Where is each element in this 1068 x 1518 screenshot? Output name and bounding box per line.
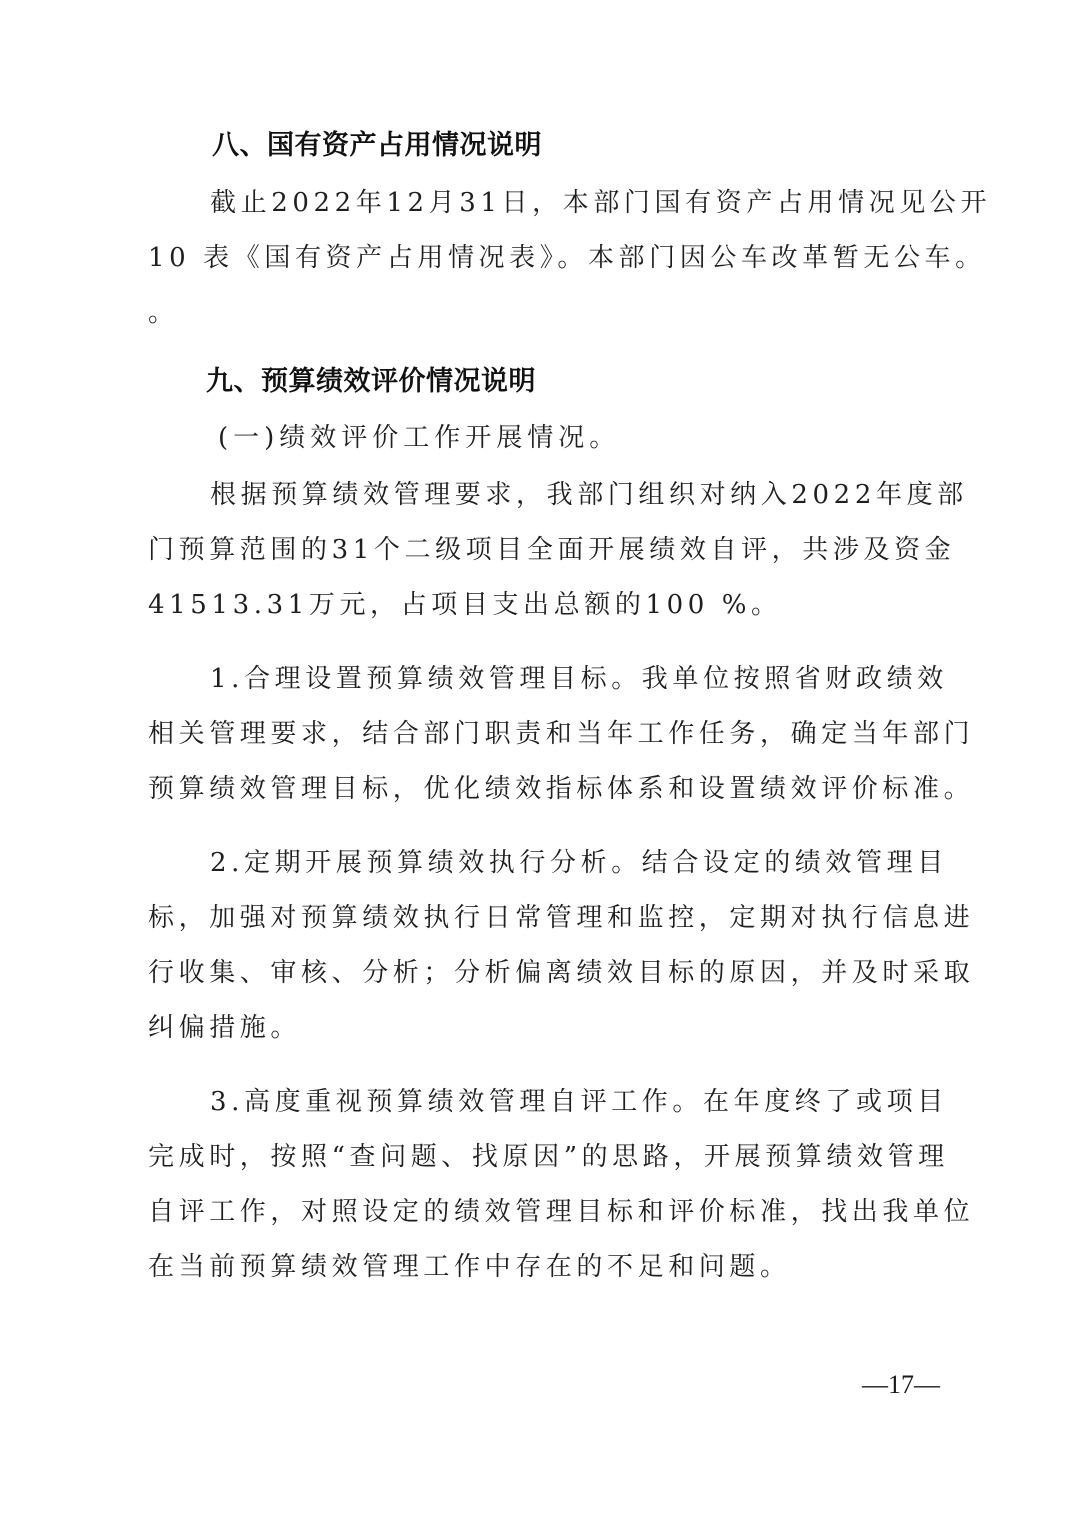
section-heading-8: 八、国有资产占用情况说明 <box>212 130 542 162</box>
paragraph-line: 纠偏措施。 <box>148 1013 938 1043</box>
paragraph-line: 2.定期开展预算绩效执行分析。结合设定的绩效管理目 <box>210 848 938 878</box>
paragraph-line: 截止2022年12月31日，本部门国有资产占用情况见公开 <box>210 188 938 218</box>
section-heading-9: 九、预算绩效评价情况说明 <box>206 366 536 398</box>
document-page: 八、国有资产占用情况说明 截止2022年12月31日，本部门国有资产占用情况见公… <box>0 0 1068 1518</box>
paragraph-line: 预算绩效管理目标，优化绩效指标体系和设置绩效评价标准。 <box>148 774 938 804</box>
paragraph-line: 41513.31万元，占项目支出总额的100 %。 <box>148 590 938 620</box>
paragraph-line: 标，加强对预算绩效执行日常管理和监控，定期对执行信息进 <box>148 903 938 933</box>
paragraph-line: 相关管理要求，结合部门职责和当年工作任务，确定当年部门 <box>148 719 938 749</box>
page-number: —17— <box>862 1370 940 1400</box>
paragraph-line: 完成时，按照“查问题、找原因”的思路，开展预算绩效管理 <box>148 1142 938 1172</box>
paragraph-line: 1.合理设置预算绩效管理目标。我单位按照省财政绩效 <box>210 664 938 694</box>
subheading: (一)绩效评价工作开展情况。 <box>218 423 818 453</box>
paragraph-line: 在当前预算绩效管理工作中存在的不足和问题。 <box>148 1252 938 1282</box>
paragraph-line: 自评工作，对照设定的绩效管理目标和评价标准，找出我单位 <box>148 1197 938 1227</box>
paragraph-line: 行收集、审核、分析；分析偏离绩效目标的原因，并及时采取 <box>148 958 938 988</box>
paragraph-line: 10 表《国有资产占用情况表》。本部门因公车改革暂无公车。 <box>148 243 938 273</box>
paragraph-line: 门预算范围的31个二级项目全面开展绩效自评，共涉及资金 <box>148 535 938 565</box>
paragraph-line: 。 <box>148 298 938 328</box>
paragraph-line: 根据预算绩效管理要求，我部门组织对纳入2022年度部 <box>210 480 938 510</box>
paragraph-line: 3.高度重视预算绩效管理自评工作。在年度终了或项目 <box>210 1087 938 1117</box>
